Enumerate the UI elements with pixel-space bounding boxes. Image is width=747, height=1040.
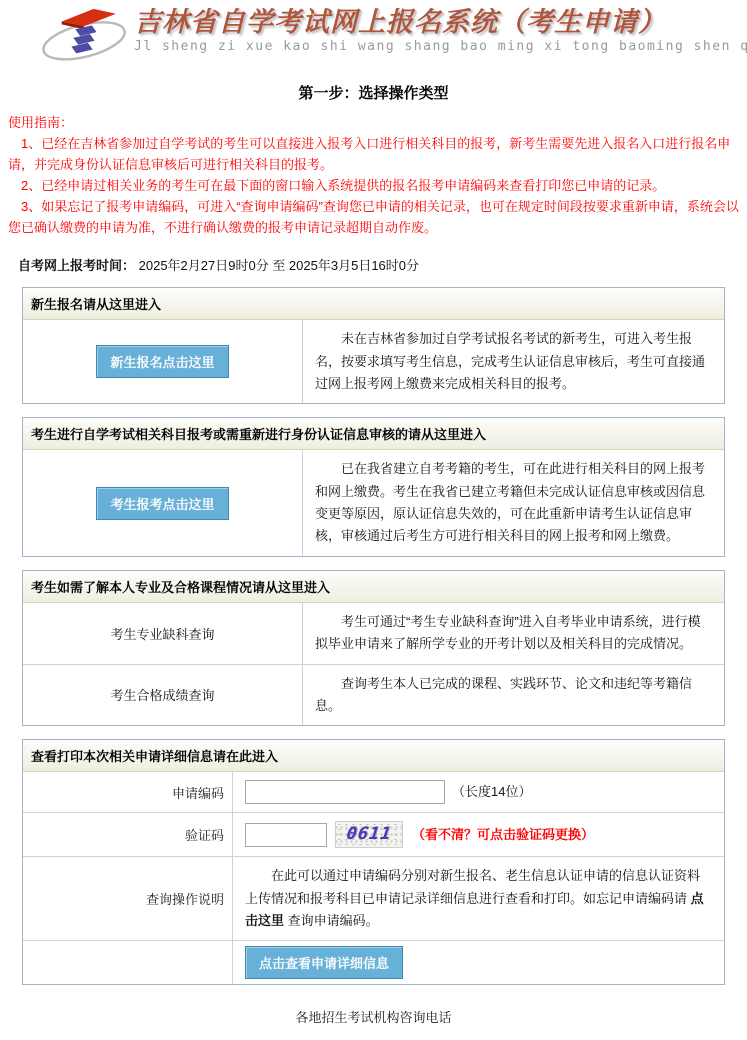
step-heading: 第一步：选择操作类型	[0, 82, 747, 103]
apply-code-hint: （长度14位）	[452, 782, 531, 802]
view-detail-button-row: 点击查看申请详细信息	[23, 940, 724, 984]
passed-score-query-desc-cell: 查询考生本人已完成的课程、实践环节、论文和违纪等考籍信息。	[303, 665, 724, 726]
new-student-button-cell: 新生报名点击这里	[23, 320, 303, 403]
table-row: 考生合格成绩查询 查询考生本人已完成的课程、实践环节、论文和违纪等考籍信息。	[23, 664, 724, 726]
usage-guide-item-3: 3、如果忘记了报考申请编码，可进入“查询申请编码”查询您已申请的相关记录，也可在…	[8, 196, 739, 238]
page-header: 吉林省自学考试网上报名系统（考生申请） Jl sheng zi xue kao …	[0, 0, 747, 69]
registration-time-value: 2025年2月27日9时0分 至 2025年3月5日16时0分	[139, 258, 419, 273]
table-row: 考生报考点击这里 已在我省建立自考考籍的考生，可在此进行相关科目的网上报考和网上…	[23, 450, 724, 555]
missing-course-query-link[interactable]: 考生专业缺科查询	[110, 624, 214, 643]
usage-guide-heading: 使用指南：	[8, 112, 739, 133]
query-instructions-cell: 在此可以通过申请编码分别对新生报名、老生信息认证申请的信息认证资料上传情况和报考…	[233, 857, 724, 940]
captcha-image-text: 0611	[335, 822, 403, 847]
captcha-refresh-note: （看不清？可点击验证码更换）	[412, 825, 594, 845]
candidate-exam-button[interactable]: 考生报考点击这里	[96, 487, 228, 520]
section-course-query: 考生如需了解本人专业及合格课程情况请从这里进入 考生专业缺科查询 考生可通过“考…	[22, 570, 725, 726]
captcha-label: 验证码	[185, 825, 224, 844]
missing-course-query-cell: 考生专业缺科查询	[23, 603, 303, 664]
passed-score-query-desc: 查询考生本人已完成的课程、实践环节、论文和违纪等考籍信息。	[315, 673, 712, 718]
view-application-detail-button[interactable]: 点击查看申请详细信息	[245, 946, 403, 979]
candidate-exam-desc-cell: 已在我省建立自考考籍的考生，可在此进行相关科目的网上报考和网上缴费。考生在我省已…	[303, 450, 724, 555]
new-student-desc-cell: 未在吉林省参加过自学考试报名考试的新考生，可进入考生报名，按要求填写考生信息，完…	[303, 320, 724, 403]
passed-score-query-cell: 考生合格成绩查询	[23, 665, 303, 726]
section-view-print: 查看打印本次相关申请详细信息请在此进入 申请编码 （长度14位） 验证码 061…	[22, 739, 725, 985]
usage-guide-item-2: 2、已经申请过相关业务的考生可在最下面的窗口输入系统提供的报名报考申请编码来查看…	[8, 175, 739, 196]
passed-score-query-link[interactable]: 考生合格成绩查询	[110, 685, 214, 704]
apply-code-input-cell: （长度14位）	[233, 772, 724, 812]
footer-consult-phone-link[interactable]: 各地招生考试机构咨询电话	[0, 1007, 747, 1026]
apply-code-input[interactable]	[245, 780, 445, 804]
query-instructions-row: 查询操作说明 在此可以通过申请编码分别对新生报名、老生信息认证申请的信息认证资料…	[23, 856, 724, 940]
site-title-pinyin: Jl sheng zi xue kao shi wang shang bao m…	[134, 39, 747, 54]
query-instructions-text: 在此可以通过申请编码分别对新生报名、老生信息认证申请的信息认证资料上传情况和报考…	[245, 865, 712, 932]
apply-code-label: 申请编码	[172, 783, 224, 802]
captcha-row: 验证码 0611 （看不清？可点击验证码更换）	[23, 812, 724, 856]
section-course-query-header: 考生如需了解本人专业及合格课程情况请从这里进入	[23, 571, 724, 603]
site-logo-icon	[34, 5, 134, 65]
usage-guide: 使用指南： 1、已经在吉林省参加过自学考试的考生可以直接进入报考入口进行相关科目…	[8, 112, 739, 238]
table-row: 考生专业缺科查询 考生可通过“考生专业缺科查询”进入自考毕业申请系统，进行模拟毕…	[23, 603, 724, 664]
site-title: 吉林省自学考试网上报名系统（考生申请）	[134, 8, 747, 38]
captcha-image[interactable]: 0611	[335, 821, 403, 848]
query-instructions-label: 查询操作说明	[146, 889, 224, 908]
view-detail-button-cell: 点击查看申请详细信息	[233, 941, 724, 984]
missing-course-query-desc-cell: 考生可通过“考生专业缺科查询”进入自考毕业申请系统，进行模拟毕业申请来了解所学专…	[303, 603, 724, 664]
candidate-exam-desc: 已在我省建立自考考籍的考生，可在此进行相关科目的网上报考和网上缴费。考生在我省已…	[315, 458, 712, 547]
section-new-student: 新生报名请从这里进入 新生报名点击这里 未在吉林省参加过自学考试报名考试的新考生…	[22, 287, 725, 404]
new-student-register-button[interactable]: 新生报名点击这里	[96, 345, 228, 378]
query-instructions-label-cell: 查询操作说明	[23, 857, 233, 940]
query-instructions-after: 查询申请编码。	[284, 913, 379, 928]
registration-time: 自考网上报考时间： 2025年2月27日9时0分 至 2025年3月5日16时0…	[18, 255, 747, 274]
apply-code-row: 申请编码 （长度14位）	[23, 772, 724, 812]
site-title-block: 吉林省自学考试网上报名系统（考生申请） Jl sheng zi xue kao …	[134, 5, 747, 54]
query-instructions-before: 在此可以通过申请编码分别对新生报名、老生信息认证申请的信息认证资料上传情况和报考…	[245, 868, 700, 905]
table-row: 新生报名点击这里 未在吉林省参加过自学考试报名考试的新考生，可进入考生报名，按要…	[23, 320, 724, 403]
apply-code-label-cell: 申请编码	[23, 772, 233, 812]
section-candidate-exam-header: 考生进行自学考试相关科目报考或需重新进行身份认证信息审核的请从这里进入	[23, 418, 724, 450]
new-student-desc: 未在吉林省参加过自学考试报名考试的新考生，可进入考生报名，按要求填写考生信息，完…	[315, 328, 712, 395]
usage-guide-item-1: 1、已经在吉林省参加过自学考试的考生可以直接进入报考入口进行相关科目的报考，新考…	[8, 133, 739, 175]
missing-course-query-desc: 考生可通过“考生专业缺科查询”进入自考毕业申请系统，进行模拟毕业申请来了解所学专…	[315, 611, 712, 656]
section-new-student-header: 新生报名请从这里进入	[23, 288, 724, 320]
captcha-input[interactable]	[245, 823, 327, 847]
registration-time-label: 自考网上报考时间：	[18, 258, 135, 273]
candidate-exam-button-cell: 考生报考点击这里	[23, 450, 303, 555]
section-view-print-header: 查看打印本次相关申请详细信息请在此进入	[23, 740, 724, 772]
captcha-label-cell: 验证码	[23, 813, 233, 856]
captcha-input-cell: 0611 （看不清？可点击验证码更换）	[233, 813, 724, 856]
view-detail-empty-cell	[23, 941, 233, 984]
section-candidate-exam: 考生进行自学考试相关科目报考或需重新进行身份认证信息审核的请从这里进入 考生报考…	[22, 417, 725, 556]
